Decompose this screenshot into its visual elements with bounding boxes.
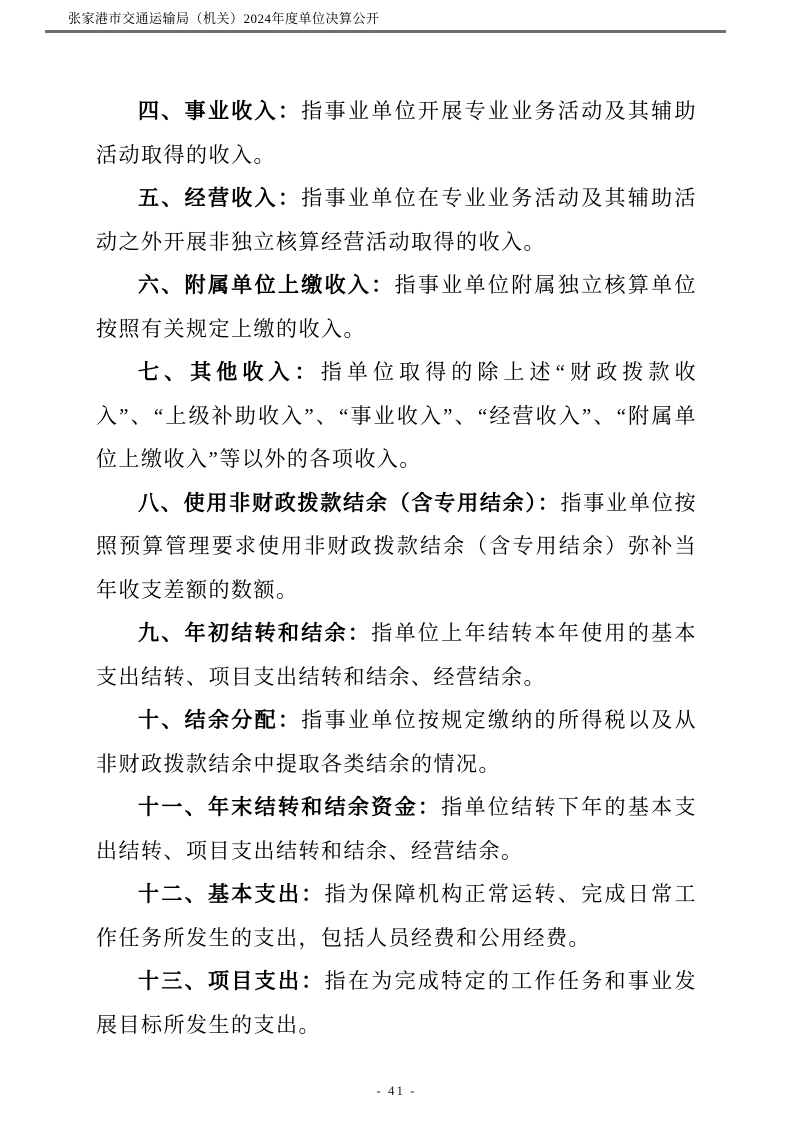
term-label: 四、事业收入： [138, 99, 301, 123]
definition-paragraph: 五、经营收入：指事业单位在专业业务活动及其辅助活动之外开展非独立核算经营活动取得… [96, 177, 697, 264]
definition-paragraph: 十三、项目支出：指在为完成特定的工作任务和事业发展目标所发生的支出。 [96, 960, 697, 1047]
page-header: 张家港市交通运输局（机关）2024年度单位决算公开 [45, 0, 726, 33]
term-label: 七、其他收入： [138, 360, 321, 384]
definition-paragraph: 十、结余分配：指事业单位按规定缴纳的所得税以及从非财政拨款结余中提取各类结余的情… [96, 699, 697, 786]
term-label: 十一、年末结转和结余资金： [138, 795, 441, 819]
term-label: 五、经营收入： [138, 186, 301, 210]
definition-paragraph: 八、使用非财政拨款结余（含专用结余）：指事业单位按照预算管理要求使用非财政拨款结… [96, 482, 697, 613]
page-footer: - 41 - [0, 1083, 793, 1099]
term-label: 十三、项目支出： [138, 969, 325, 993]
definition-paragraph: 十二、基本支出：指为保障机构正常运转、完成日常工作任务所发生的支出，包括人员经费… [96, 873, 697, 960]
term-label: 九、年初结转和结余： [138, 621, 371, 645]
term-label: 六、附属单位上缴收入： [138, 273, 395, 297]
document-body: 四、事业收入：指事业单位开展专业业务活动及其辅助活动取得的收入。 五、经营收入：… [96, 90, 697, 1047]
term-label: 十、结余分配： [138, 708, 301, 732]
definition-paragraph: 四、事业收入：指事业单位开展专业业务活动及其辅助活动取得的收入。 [96, 90, 697, 177]
definition-paragraph: 九、年初结转和结余：指单位上年结转本年使用的基本支出结转、项目支出结转和结余、经… [96, 612, 697, 699]
document-page: 张家港市交通运输局（机关）2024年度单位决算公开 四、事业收入：指事业单位开展… [0, 0, 793, 1122]
header-title: 张家港市交通运输局（机关）2024年度单位决算公开 [68, 8, 380, 27]
definition-paragraph: 六、附属单位上缴收入：指事业单位附属独立核算单位按照有关规定上缴的收入。 [96, 264, 697, 351]
term-label: 八、使用非财政拨款结余（含专用结余）： [138, 491, 561, 515]
definition-paragraph: 七、其他收入：指单位取得的除上述“财政拨款收入”、“上级补助收入”、“事业收入”… [96, 351, 697, 482]
page-number: - 41 - [376, 1083, 416, 1098]
term-label: 十二、基本支出： [138, 882, 325, 906]
definition-paragraph: 十一、年末结转和结余资金：指单位结转下年的基本支出结转、项目支出结转和结余、经营… [96, 786, 697, 873]
